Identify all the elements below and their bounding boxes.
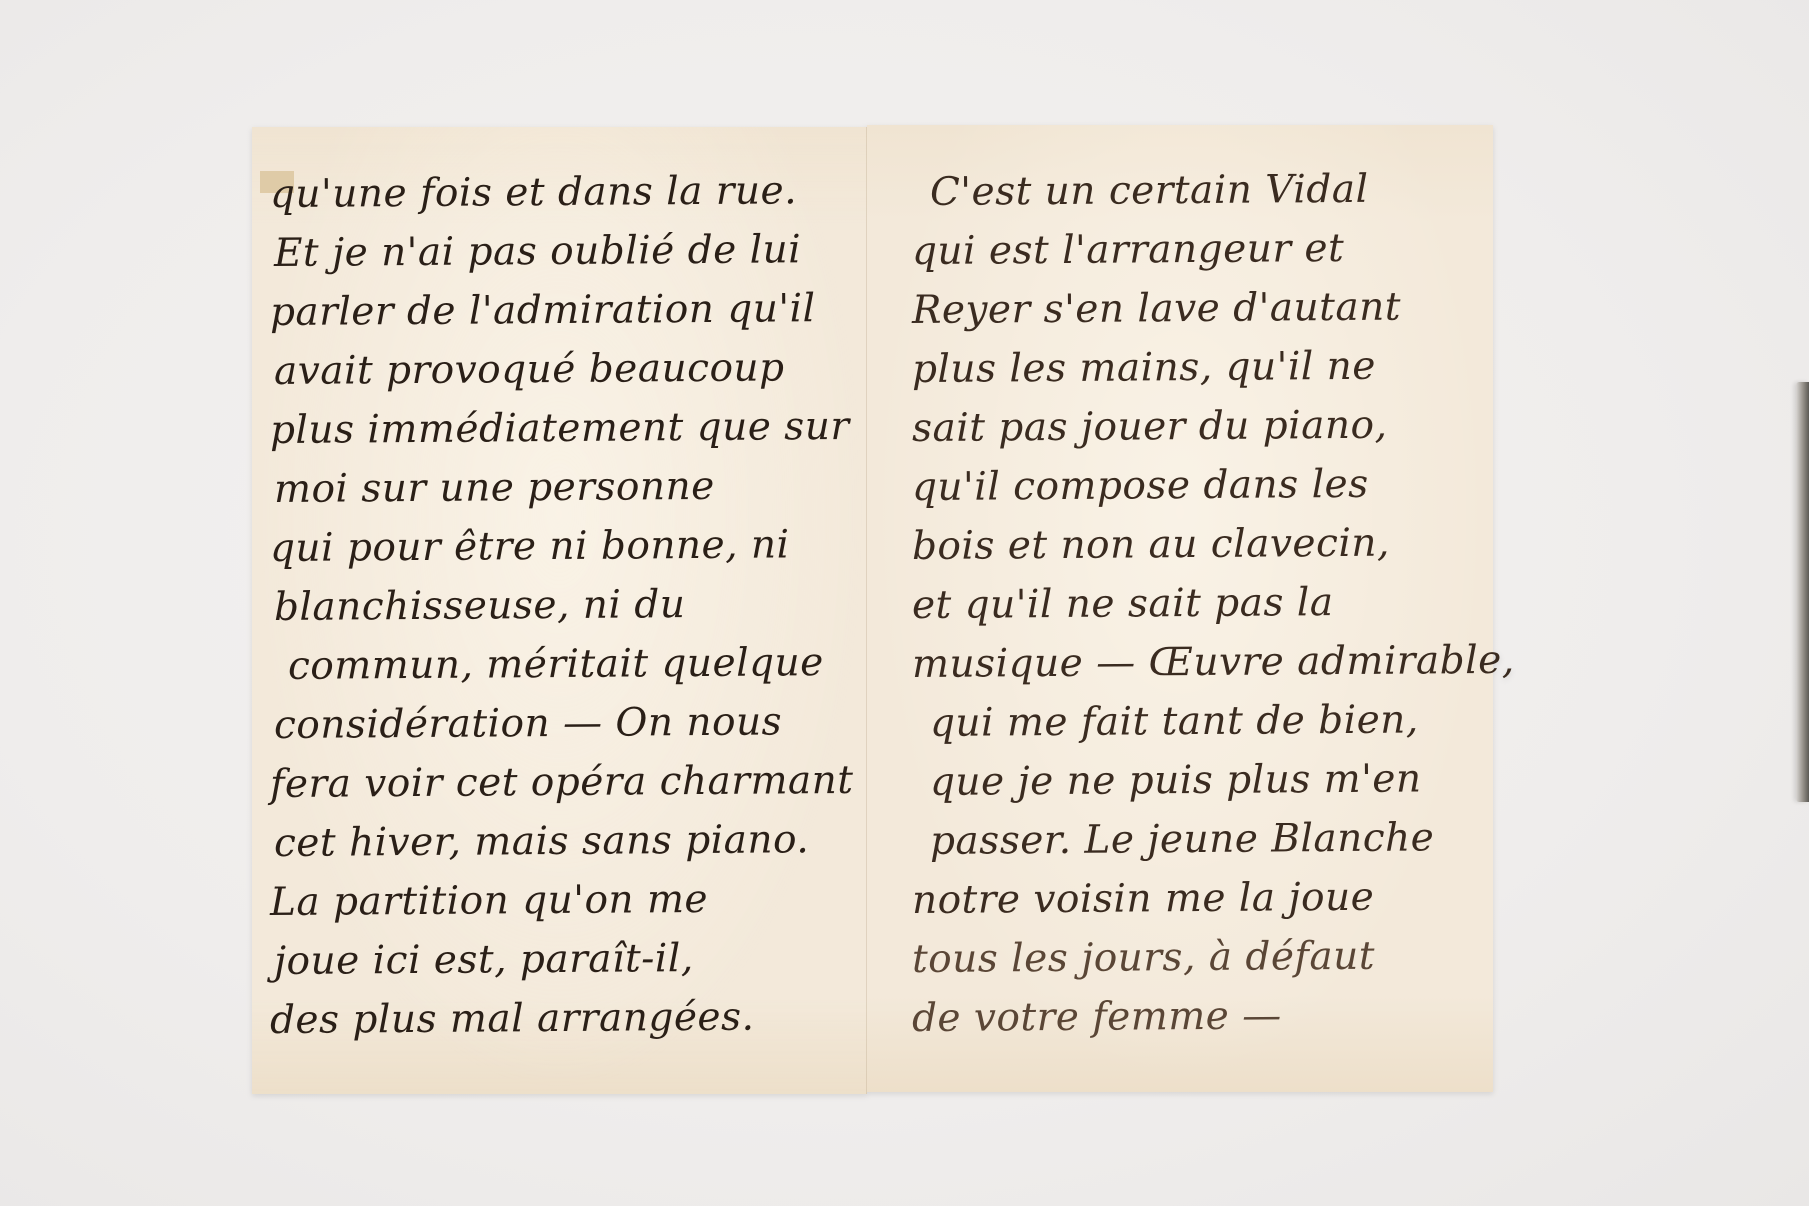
letter-line: joue ici est, paraît-il, (270, 928, 866, 991)
letter-line: plus immédiatement que sur (270, 397, 866, 460)
letter-left-page: qu'une fois et dans la rue. Et je n'ai p… (252, 127, 867, 1094)
letter-line: sait pas jouer du piano, (912, 395, 1493, 458)
letter-line: bois et non au clavecin, (912, 513, 1493, 576)
letter-line: Reyer s'en lave d'autant (912, 277, 1493, 340)
letter-line: qui pour être ni bonne, ni (270, 515, 866, 578)
letter-line: tous les jours, à défaut (912, 926, 1493, 989)
letter-line: blanchisseuse, ni du (270, 574, 866, 637)
letter-line: et qu'il ne sait pas la (912, 572, 1493, 635)
letter-line: notre voisin me la joue (912, 867, 1493, 930)
letter-line: moi sur une personne (270, 456, 866, 519)
letter-line: musique — Œuvre admirable, (912, 631, 1493, 694)
letter-line: parler de l'admiration qu'il (270, 279, 866, 342)
letter-line: avait provoqué beaucoup (270, 338, 866, 401)
handwritten-letter: qu'une fois et dans la rue. Et je n'ai p… (252, 127, 1493, 1094)
letter-line: fera voir cet opéra charmant (270, 751, 866, 814)
letter-line: La partition qu'on me (270, 869, 866, 932)
letter-line: qu'il compose dans les (912, 454, 1493, 517)
letter-right-page: C'est un certain Vidal qui est l'arrange… (867, 125, 1493, 1092)
letter-line: des plus mal arrangées. (270, 987, 866, 1050)
letter-line: plus les mains, qu'il ne (912, 336, 1493, 399)
letter-line: commun, méritait quelque (270, 633, 866, 696)
letter-line: de votre femme — (912, 985, 1493, 1048)
letter-line: passer. Le jeune Blanche (912, 808, 1493, 871)
letter-line: considération — On nous (270, 692, 866, 755)
letter-line: C'est un certain Vidal (912, 159, 1493, 222)
letter-line: cet hiver, mais sans piano. (270, 810, 866, 873)
letter-line: qui est l'arrangeur et (912, 218, 1493, 281)
partial-object-right-edge (1796, 382, 1809, 802)
letter-line: Et je n'ai pas oublié de lui (270, 220, 866, 283)
letter-line: que je ne puis plus m'en (912, 749, 1493, 812)
letter-line: qui me fait tant de bien, (912, 690, 1493, 753)
letter-line: qu'une fois et dans la rue. (270, 161, 866, 224)
